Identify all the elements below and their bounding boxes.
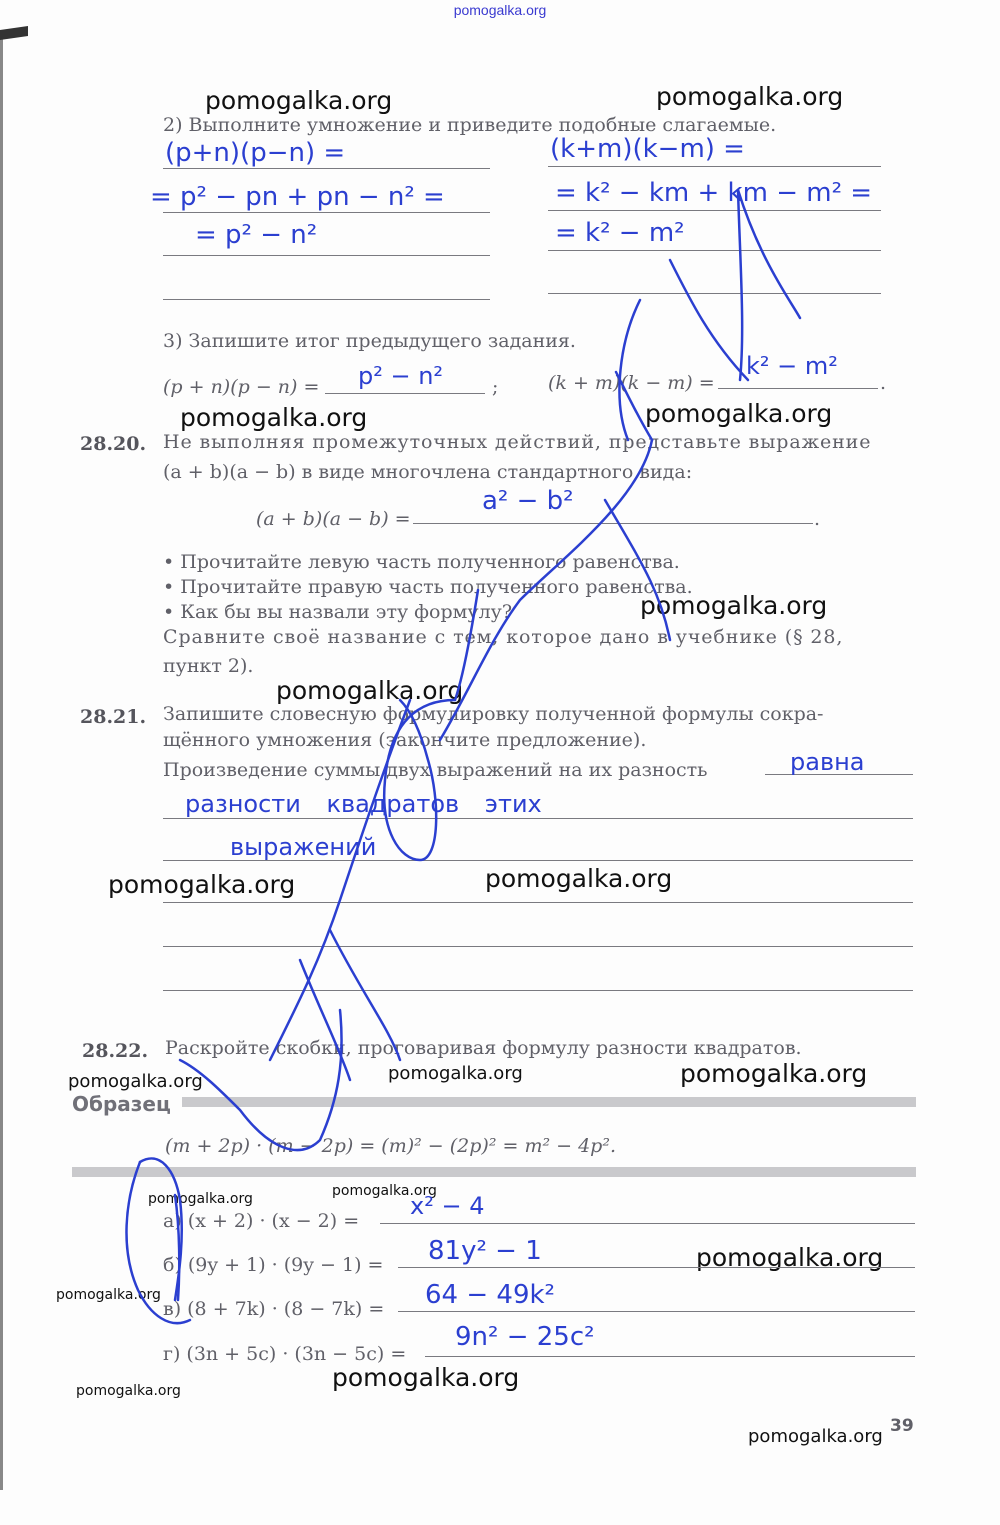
handwritten-answer: = k² − km + km − m² = (555, 178, 872, 208)
handwritten-answer: x² − 4 (410, 1192, 484, 1220)
bullet-item: • Прочитайте правую часть полученного ра… (163, 576, 693, 598)
watermark: pomogalka.org (388, 1063, 523, 1084)
watermark: pomogalka.org (108, 870, 295, 899)
task-3-left-expr: (p + n)(p − n) = (163, 376, 319, 398)
watermark: pomogalka.org (680, 1059, 867, 1088)
exercise-text: Запишите словесную формулировку полученн… (163, 703, 823, 725)
exercise-text: (a + b)(a − b) в виде многочлена стандар… (163, 461, 692, 483)
exercise-text: пункт 2). (163, 655, 253, 677)
exercise-prompt: Произведение суммы двух выражений на их … (163, 759, 708, 781)
exercise-number: 28.21. (80, 706, 146, 728)
page-edge (0, 30, 3, 1490)
exercise-expr: (a + b)(a − b) = (256, 508, 411, 530)
handwritten-answer: k² − m² (746, 352, 838, 380)
watermark: pomogalka.org (180, 403, 367, 432)
handwritten-answer: 81y² − 1 (428, 1236, 542, 1266)
task-3-title: 3) Запишите итог предыдущего задания. (163, 330, 576, 352)
item-label: г) (3n + 5c) · (3n − 5c) = (163, 1343, 406, 1365)
handwritten-answer: разности квадратов этих (185, 790, 542, 818)
watermark: pomogalka.org (332, 1363, 519, 1392)
sample-label: Образец (72, 1092, 171, 1116)
sample-formula: (m + 2p) · (m − 2p) = (m)² − (2p)² = m² … (165, 1135, 616, 1157)
handwritten-answer: выражений (230, 833, 376, 861)
watermark: pomogalka.org (656, 82, 843, 111)
watermark: pomogalka.org (645, 399, 832, 428)
exercise-text: щённого умножения (закончите предложение… (163, 729, 646, 751)
watermark: pomogalka.org (276, 676, 463, 705)
bullet-item: • Как бы вы назвали эту формулу? (163, 601, 512, 623)
page-corner-mark (0, 26, 28, 40)
watermark: pomogalka.org (148, 1191, 253, 1207)
exercise-text: Не выполняя промежуточных действий, пред… (163, 431, 871, 453)
handwritten-answer: (k+m)(k−m) = (550, 134, 745, 164)
bullet-item: • Прочитайте левую часть полученного рав… (163, 551, 680, 573)
exercise-number: 28.20. (80, 433, 146, 455)
watermark: pomogalka.org (748, 1426, 883, 1447)
exercise-number: 28.22. (82, 1040, 148, 1062)
handwritten-answer: (p+n)(p−n) = (165, 138, 345, 168)
exercise-text: Сравните своё название с тем, которое да… (163, 626, 843, 648)
task-3-right-expr: (k + m)(k − m) = (548, 372, 715, 394)
handwritten-answer: 64 − 49k² (425, 1280, 555, 1310)
watermark: pomogalka.org (485, 864, 672, 893)
watermark: pomogalka.org (68, 1071, 203, 1092)
site-watermark-top[interactable]: pomogalka.org (0, 2, 1000, 18)
watermark: pomogalka.org (76, 1383, 181, 1399)
task-2-title: 2) Выполните умножение и приведите подоб… (163, 114, 776, 136)
item-label: б) (9y + 1) · (9y − 1) = (163, 1254, 383, 1276)
page-number: 39 (890, 1416, 914, 1436)
handwritten-answer: = p² − pn + pn − n² = (150, 182, 445, 212)
handwritten-answer: равна (790, 748, 864, 776)
handwritten-answer: = p² − n² (195, 220, 317, 250)
handwritten-answer: 9n² − 25c² (455, 1322, 595, 1352)
watermark: pomogalka.org (205, 86, 392, 115)
handwritten-answer: p² − n² (358, 362, 443, 390)
handwritten-answer: a² − b² (482, 486, 574, 516)
handwritten-answer: = k² − m² (555, 218, 685, 248)
exercise-text: Раскройте скобки, проговаривая формулу р… (165, 1037, 802, 1059)
item-label: в) (8 + 7k) · (8 − 7k) = (163, 1298, 384, 1320)
watermark: pomogalka.org (56, 1287, 161, 1303)
item-label: а) (x + 2) · (x − 2) = (163, 1210, 359, 1232)
